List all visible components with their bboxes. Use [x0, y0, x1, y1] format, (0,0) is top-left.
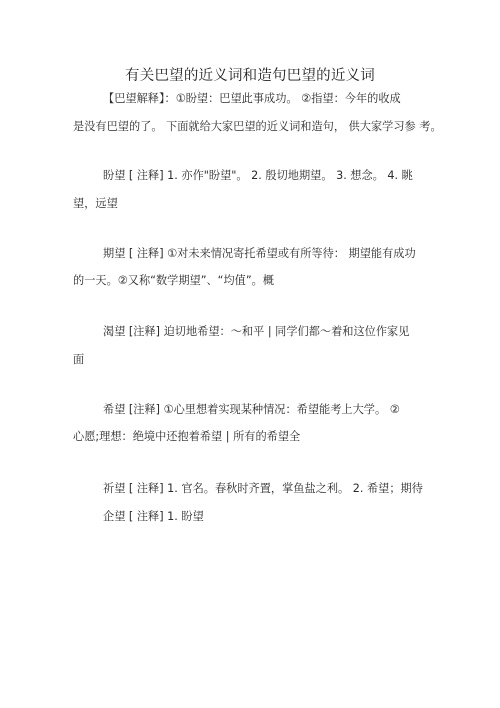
- entry-qiwang-line-2: 的一天。②又称“数学期望”、“均值”。概: [73, 273, 274, 289]
- document-title: 有关巴望的近义词和造句巴望的近义词: [0, 64, 500, 85]
- entry-qiwang3-line-1: 企望 [ 注释] 1. 盼望: [103, 509, 204, 525]
- entry-kewang-line-1: 渴望 [注释] 迫切地希望：～和平 | 同学们都～着和这位作家见: [103, 324, 409, 340]
- entry-kewang-line-2: 面: [73, 352, 84, 368]
- document-page: 有关巴望的近义词和造句巴望的近义词 【巴望解释】：①盼望：巴望此事成功。 ②指望…: [0, 0, 500, 708]
- entry-qiwang-line-1: 期望 [ 注释] ①对未来情况寄托希望或有所等待： 期望能有成功: [103, 246, 416, 262]
- entry-panwang-line-2: 望，远望: [73, 196, 118, 212]
- entry-panwang-line-1: 盼望 [ 注释] 1. 亦作"盼望"。 2. 殷切地期望。 3. 想念。 4. …: [103, 168, 413, 184]
- entry-xiwang-line-2: 心愿;理想：绝境中还抱着希望 | 所有的希望全: [73, 429, 300, 445]
- entry-qiwang2-line-1: 祈望 [ 注释] 1. 官名。春秋时齐置，掌鱼盐之利。 2. 希望；期待: [103, 481, 423, 497]
- entry-xiwang-line-1: 希望 [注释] ①心里想着实现某种情况：希望能考上大学。 ②: [103, 402, 400, 418]
- intro-line-2: 是没有巴望的了。 下面就给大家巴望的近义词和造句， 供大家学习参 考。: [73, 119, 442, 135]
- intro-line-1: 【巴望解释】：①盼望：巴望此事成功。 ②指望：今年的收成: [103, 91, 401, 107]
